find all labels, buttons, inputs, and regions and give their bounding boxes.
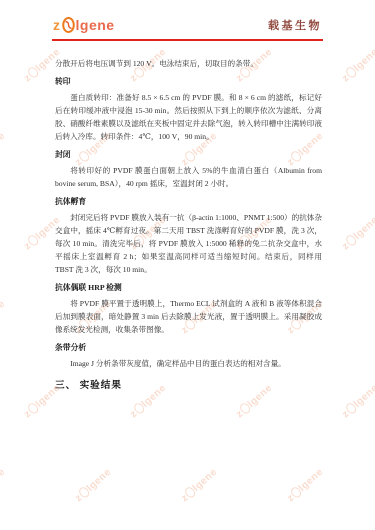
section-heading: 条带分析 xyxy=(55,341,322,354)
paragraph: 将 PVDF 膜平置于透明膜上，Thermo ECL 试剂盒的 A 液和 B 液… xyxy=(55,297,322,336)
paragraph: 封闭完后将 PVDF 膜放入装有一抗（β-actin 1:1000、PNMT 1… xyxy=(55,211,322,276)
watermark-logo: zlgene xyxy=(285,466,326,504)
company-logo: z lgene xyxy=(53,17,115,33)
brand-chinese-name: 载基生物 xyxy=(268,17,322,33)
section-heading: 转印 xyxy=(55,75,322,88)
watermark-logo: zlgene xyxy=(73,466,114,504)
header-divider xyxy=(52,39,323,41)
section-heading: 抗体孵育 xyxy=(55,195,322,208)
paragraph: 分散开后将电压调节到 120 V。电泳结束后，切取目的条带。 xyxy=(55,57,322,70)
chapter-heading: 三、 实验结果 xyxy=(55,377,322,391)
paragraph: 将转印好的 PVDF 膜蛋白面朝上放入 5%的牛血清白蛋白（Albumin fr… xyxy=(55,164,322,190)
document-page: zlgenezlgenezlgenezlgenezlgenezlgenezlge… xyxy=(0,0,375,530)
paragraph: Image J 分析条带灰度值，确定样品中目的蛋白表达的相对含量。 xyxy=(55,357,322,370)
logo-o-icon xyxy=(62,17,75,33)
paragraph: 蛋白质转印：准备好 8.5 × 6.5 cm 的 PVDF 膜。和 8 × 6 … xyxy=(55,91,322,143)
page-header: z lgene 载基生物 xyxy=(53,12,322,38)
watermark-logo: zlgene xyxy=(0,130,7,168)
watermark-logo: zlgene xyxy=(340,382,375,420)
section-heading: 抗体偶联 HRP 检测 xyxy=(55,281,322,294)
section-heading: 封闭 xyxy=(55,148,322,161)
watermark-logo: zlgene xyxy=(0,298,7,336)
document-body: 分散开后将电压调节到 120 V。电泳结束后，切取目的条带。转印蛋白质转印：准备… xyxy=(55,57,322,391)
watermark-logo: zlgene xyxy=(179,466,220,504)
logo-text-suffix: lgene xyxy=(76,17,115,33)
watermark-logo: zlgene xyxy=(340,214,375,252)
logo-text-z: z xyxy=(53,17,61,33)
watermark-logo: zlgene xyxy=(340,46,375,84)
watermark-logo: zlgene xyxy=(0,466,7,504)
